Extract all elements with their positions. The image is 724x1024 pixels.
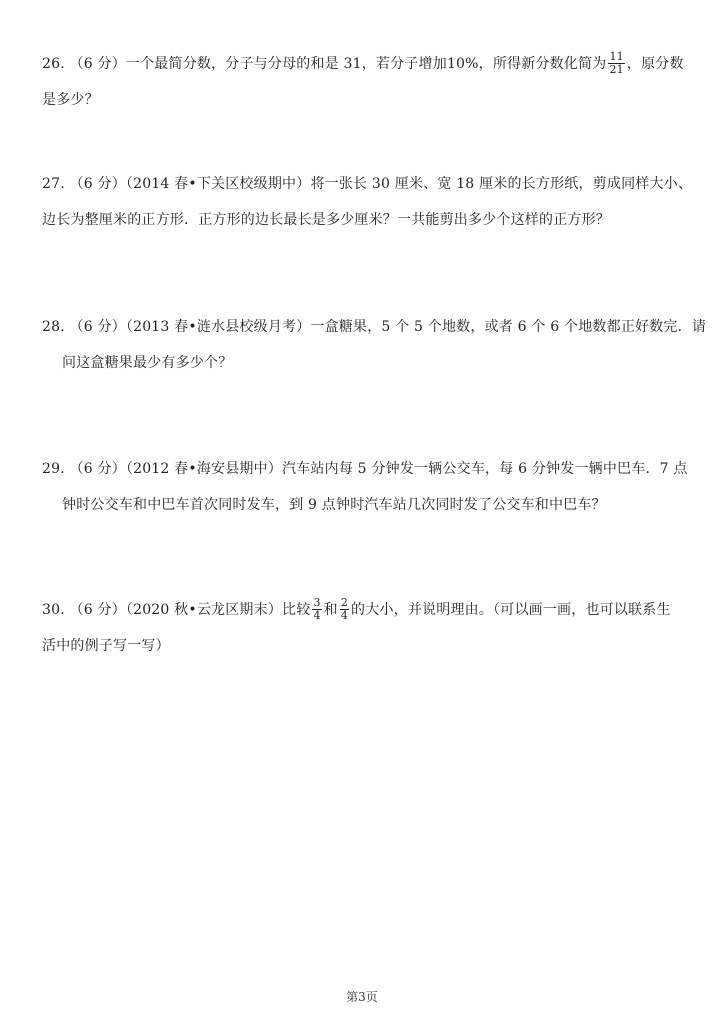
- fraction-11-21: 1121: [608, 51, 624, 76]
- question-source: （2013 春•涟水县校级月考）: [126, 319, 311, 335]
- fraction-3-4: 34: [312, 597, 321, 622]
- question-text: 将一张长 30 厘米、宽 18 厘米的长方形纸，剪成同样大小、: [310, 176, 692, 192]
- question-text: 汽车站内每 5 分钟发一辆公交车，每 6 分钟发一辆中巴车．7 点: [282, 461, 688, 477]
- question-27-line-1: 27. （6 分）（2014 春•下关区校级期中）将一张长 30 厘米、宽 18…: [42, 166, 692, 202]
- fraction-numerator: 11: [608, 51, 624, 64]
- question-text: 的大小，并说明理由。（可以画一画，也可以联系生: [351, 602, 671, 618]
- question-source: （2012 春•海安县期中）: [126, 461, 282, 477]
- question-29: 29. （6 分）（2012 春•海安县期中）汽车站内每 5 分钟发一辆公交车，…: [42, 451, 692, 523]
- question-text: 一盒糖果，5 个 5 个地数，或者 6 个 6 个地数都正好数完．请: [310, 319, 706, 335]
- question-score: （6 分）: [70, 461, 126, 477]
- question-30: 30. （6 分）（2020 秋•云龙区期末）比较34和24的大小，并说明理由。…: [42, 592, 692, 664]
- question-30-line-2: 活中的例子写一写）: [42, 628, 692, 664]
- question-26: 26. （6 分）一个最简分数，分子与分母的和是 31，若分子增加10%，所得新…: [42, 46, 692, 118]
- question-27-line-2: 边长为整厘米的正方形．正方形的边长最长是多少厘米？一共能剪出多少个这样的正方形？: [42, 202, 692, 238]
- fraction-2-4: 24: [340, 597, 349, 622]
- question-30-line-1: 30. （6 分）（2020 秋•云龙区期末）比较34和24的大小，并说明理由。…: [42, 592, 692, 628]
- fraction-numerator: 2: [340, 597, 349, 610]
- question-26-line-2: 是多少？: [42, 82, 692, 118]
- question-29-line-2: 钟时公交车和中巴车首次同时发车，到 9 点钟时汽车站几次同时发了公交车和中巴车？: [42, 487, 692, 523]
- question-score: （6 分）: [70, 602, 126, 618]
- question-score: （6 分）: [70, 56, 126, 72]
- question-text: 一个最简分数，分子与分母的和是 31，若分子增加10%，所得新分数化简为: [126, 56, 607, 72]
- question-29-line-1: 29. （6 分）（2012 春•海安县期中）汽车站内每 5 分钟发一辆公交车，…: [42, 451, 692, 487]
- question-number: 30.: [42, 602, 65, 618]
- question-text: 和: [324, 602, 338, 618]
- fraction-denominator: 21: [608, 64, 624, 76]
- question-score: （6 分）: [70, 319, 126, 335]
- question-26-line-1: 26. （6 分）一个最简分数，分子与分母的和是 31，若分子增加10%，所得新…: [42, 46, 692, 82]
- fraction-denominator: 4: [340, 610, 349, 622]
- question-text: ，原分数: [627, 56, 684, 72]
- question-source: （2014 春•下关区校级期中）: [126, 176, 311, 192]
- fraction-numerator: 3: [312, 597, 321, 610]
- question-28: 28. （6 分）（2013 春•涟水县校级月考）一盒糖果，5 个 5 个地数，…: [42, 309, 692, 381]
- question-28-line-1: 28. （6 分）（2013 春•涟水县校级月考）一盒糖果，5 个 5 个地数，…: [42, 309, 692, 345]
- question-number: 26.: [42, 56, 65, 72]
- question-text: 比较: [282, 602, 310, 618]
- question-number: 29.: [42, 461, 65, 477]
- question-source: （2020 秋•云龙区期末）: [126, 602, 282, 618]
- question-27: 27. （6 分）（2014 春•下关区校级期中）将一张长 30 厘米、宽 18…: [42, 166, 692, 238]
- question-28-line-2: 问这盒糖果最少有多少个？: [42, 345, 692, 381]
- question-number: 27.: [42, 176, 65, 192]
- fraction-denominator: 4: [312, 610, 321, 622]
- question-score: （6 分）: [70, 176, 126, 192]
- question-number: 28.: [42, 319, 65, 335]
- page-number: 第3页: [0, 988, 724, 1005]
